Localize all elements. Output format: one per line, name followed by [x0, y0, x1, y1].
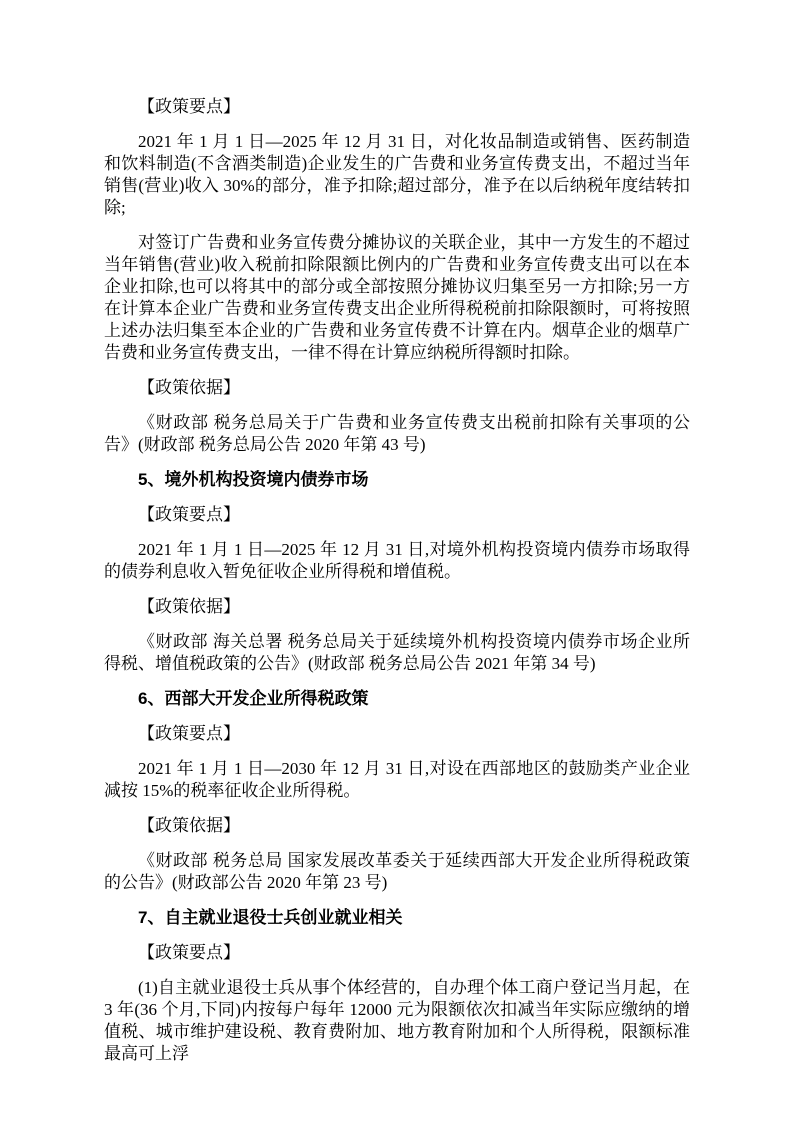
- policy-points-paragraph-1: 2021 年 1 月 1 日—2025 年 12 月 31 日，对化妆品制造或销…: [104, 131, 690, 219]
- section-7-veterans-employment: 7、自主就业退役士兵创业就业相关 【政策要点】 (1)自主就业退役士兵从事个体经…: [104, 907, 690, 1065]
- policy-points-paragraph: (1)自主就业退役士兵从事个体经营的，自办理个体工商户登记当月起，在 3 年(3…: [104, 977, 690, 1065]
- section-5-foreign-bond-market: 5、境外机构投资境内债券市场 【政策要点】 2021 年 1 月 1 日—202…: [104, 469, 690, 675]
- policy-basis-reference: 《财政部 海关总署 税务总局关于延续境外机构投资境内债券市场企业所得税、增值税政…: [104, 631, 690, 675]
- policy-points-label: 【政策要点】: [104, 942, 690, 964]
- section-6-western-development: 6、西部大开发企业所得税政策 【政策要点】 2021 年 1 月 1 日—203…: [104, 688, 690, 894]
- policy-points-label: 【政策要点】: [104, 504, 690, 526]
- policy-basis-reference: 《财政部 税务总局关于广告费和业务宣传费支出税前扣除有关事项的公告》(财政部 税…: [104, 412, 690, 456]
- policy-points-label: 【政策要点】: [104, 723, 690, 745]
- section-heading-5: 5、境外机构投资境内债券市场: [104, 469, 690, 491]
- document-page: 【政策要点】 2021 年 1 月 1 日—2025 年 12 月 31 日，对…: [0, 0, 793, 1122]
- policy-points-paragraph: 2021 年 1 月 1 日—2030 年 12 月 31 日,对设在西部地区的…: [104, 758, 690, 802]
- policy-points-paragraph-2: 对签订广告费和业务宣传费分摊协议的关联企业，其中一方发生的不超过当年销售(营业)…: [104, 232, 690, 364]
- policy-points-label: 【政策要点】: [104, 96, 690, 118]
- section-heading-6: 6、西部大开发企业所得税政策: [104, 688, 690, 710]
- policy-basis-label: 【政策依据】: [104, 596, 690, 618]
- policy-points-paragraph: 2021 年 1 月 1 日—2025 年 12 月 31 日,对境外机构投资境…: [104, 539, 690, 583]
- section-heading-7: 7、自主就业退役士兵创业就业相关: [104, 907, 690, 929]
- section-ad-fees-continuation: 【政策要点】 2021 年 1 月 1 日—2025 年 12 月 31 日，对…: [104, 96, 690, 456]
- policy-basis-label: 【政策依据】: [104, 377, 690, 399]
- policy-basis-reference: 《财政部 税务总局 国家发展改革委关于延续西部大开发企业所得税政策的公告》(财政…: [104, 850, 690, 894]
- policy-basis-label: 【政策依据】: [104, 815, 690, 837]
